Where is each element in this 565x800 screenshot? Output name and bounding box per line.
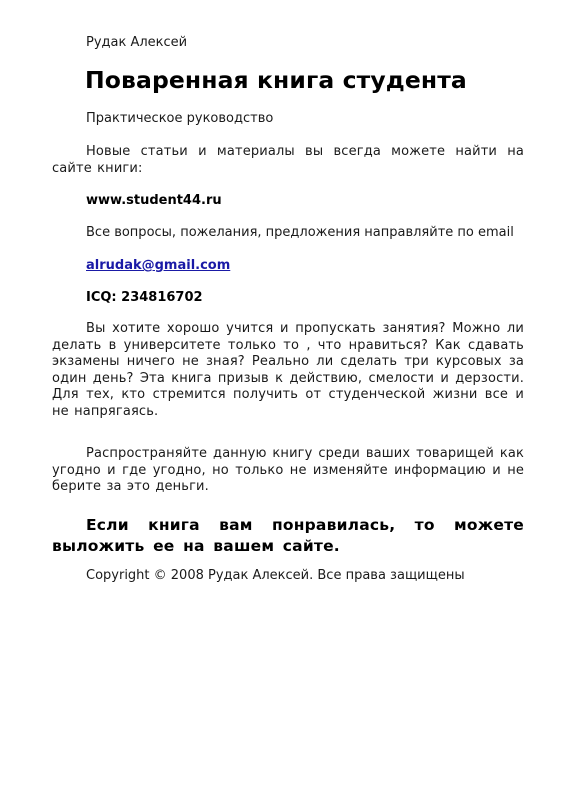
distribution-paragraph: Распространяйте данную книгу среди ваших… bbox=[52, 446, 524, 496]
author-name: Рудак Алексей bbox=[86, 35, 187, 51]
share-paragraph: Если книга вам понравилась, то можете вы… bbox=[52, 515, 524, 557]
contact-intro: Все вопросы, пожелания, предложения напр… bbox=[86, 225, 514, 241]
site-url: www.student44.ru bbox=[86, 193, 222, 209]
copyright-notice: Copyright © 2008 Рудак Алексей. Все прав… bbox=[86, 568, 465, 584]
email-link[interactable]: alrudak@gmail.com bbox=[86, 258, 230, 274]
icq-number: ICQ: 234816702 bbox=[86, 290, 203, 306]
book-subtitle: Практическое руководство bbox=[86, 111, 273, 127]
description-paragraph: Вы хотите хорошо учится и пропускать зан… bbox=[52, 321, 524, 421]
site-intro-paragraph: Новые статьи и материалы вы всегда может… bbox=[52, 144, 524, 177]
book-title: Поваренная книга студента bbox=[85, 66, 467, 94]
